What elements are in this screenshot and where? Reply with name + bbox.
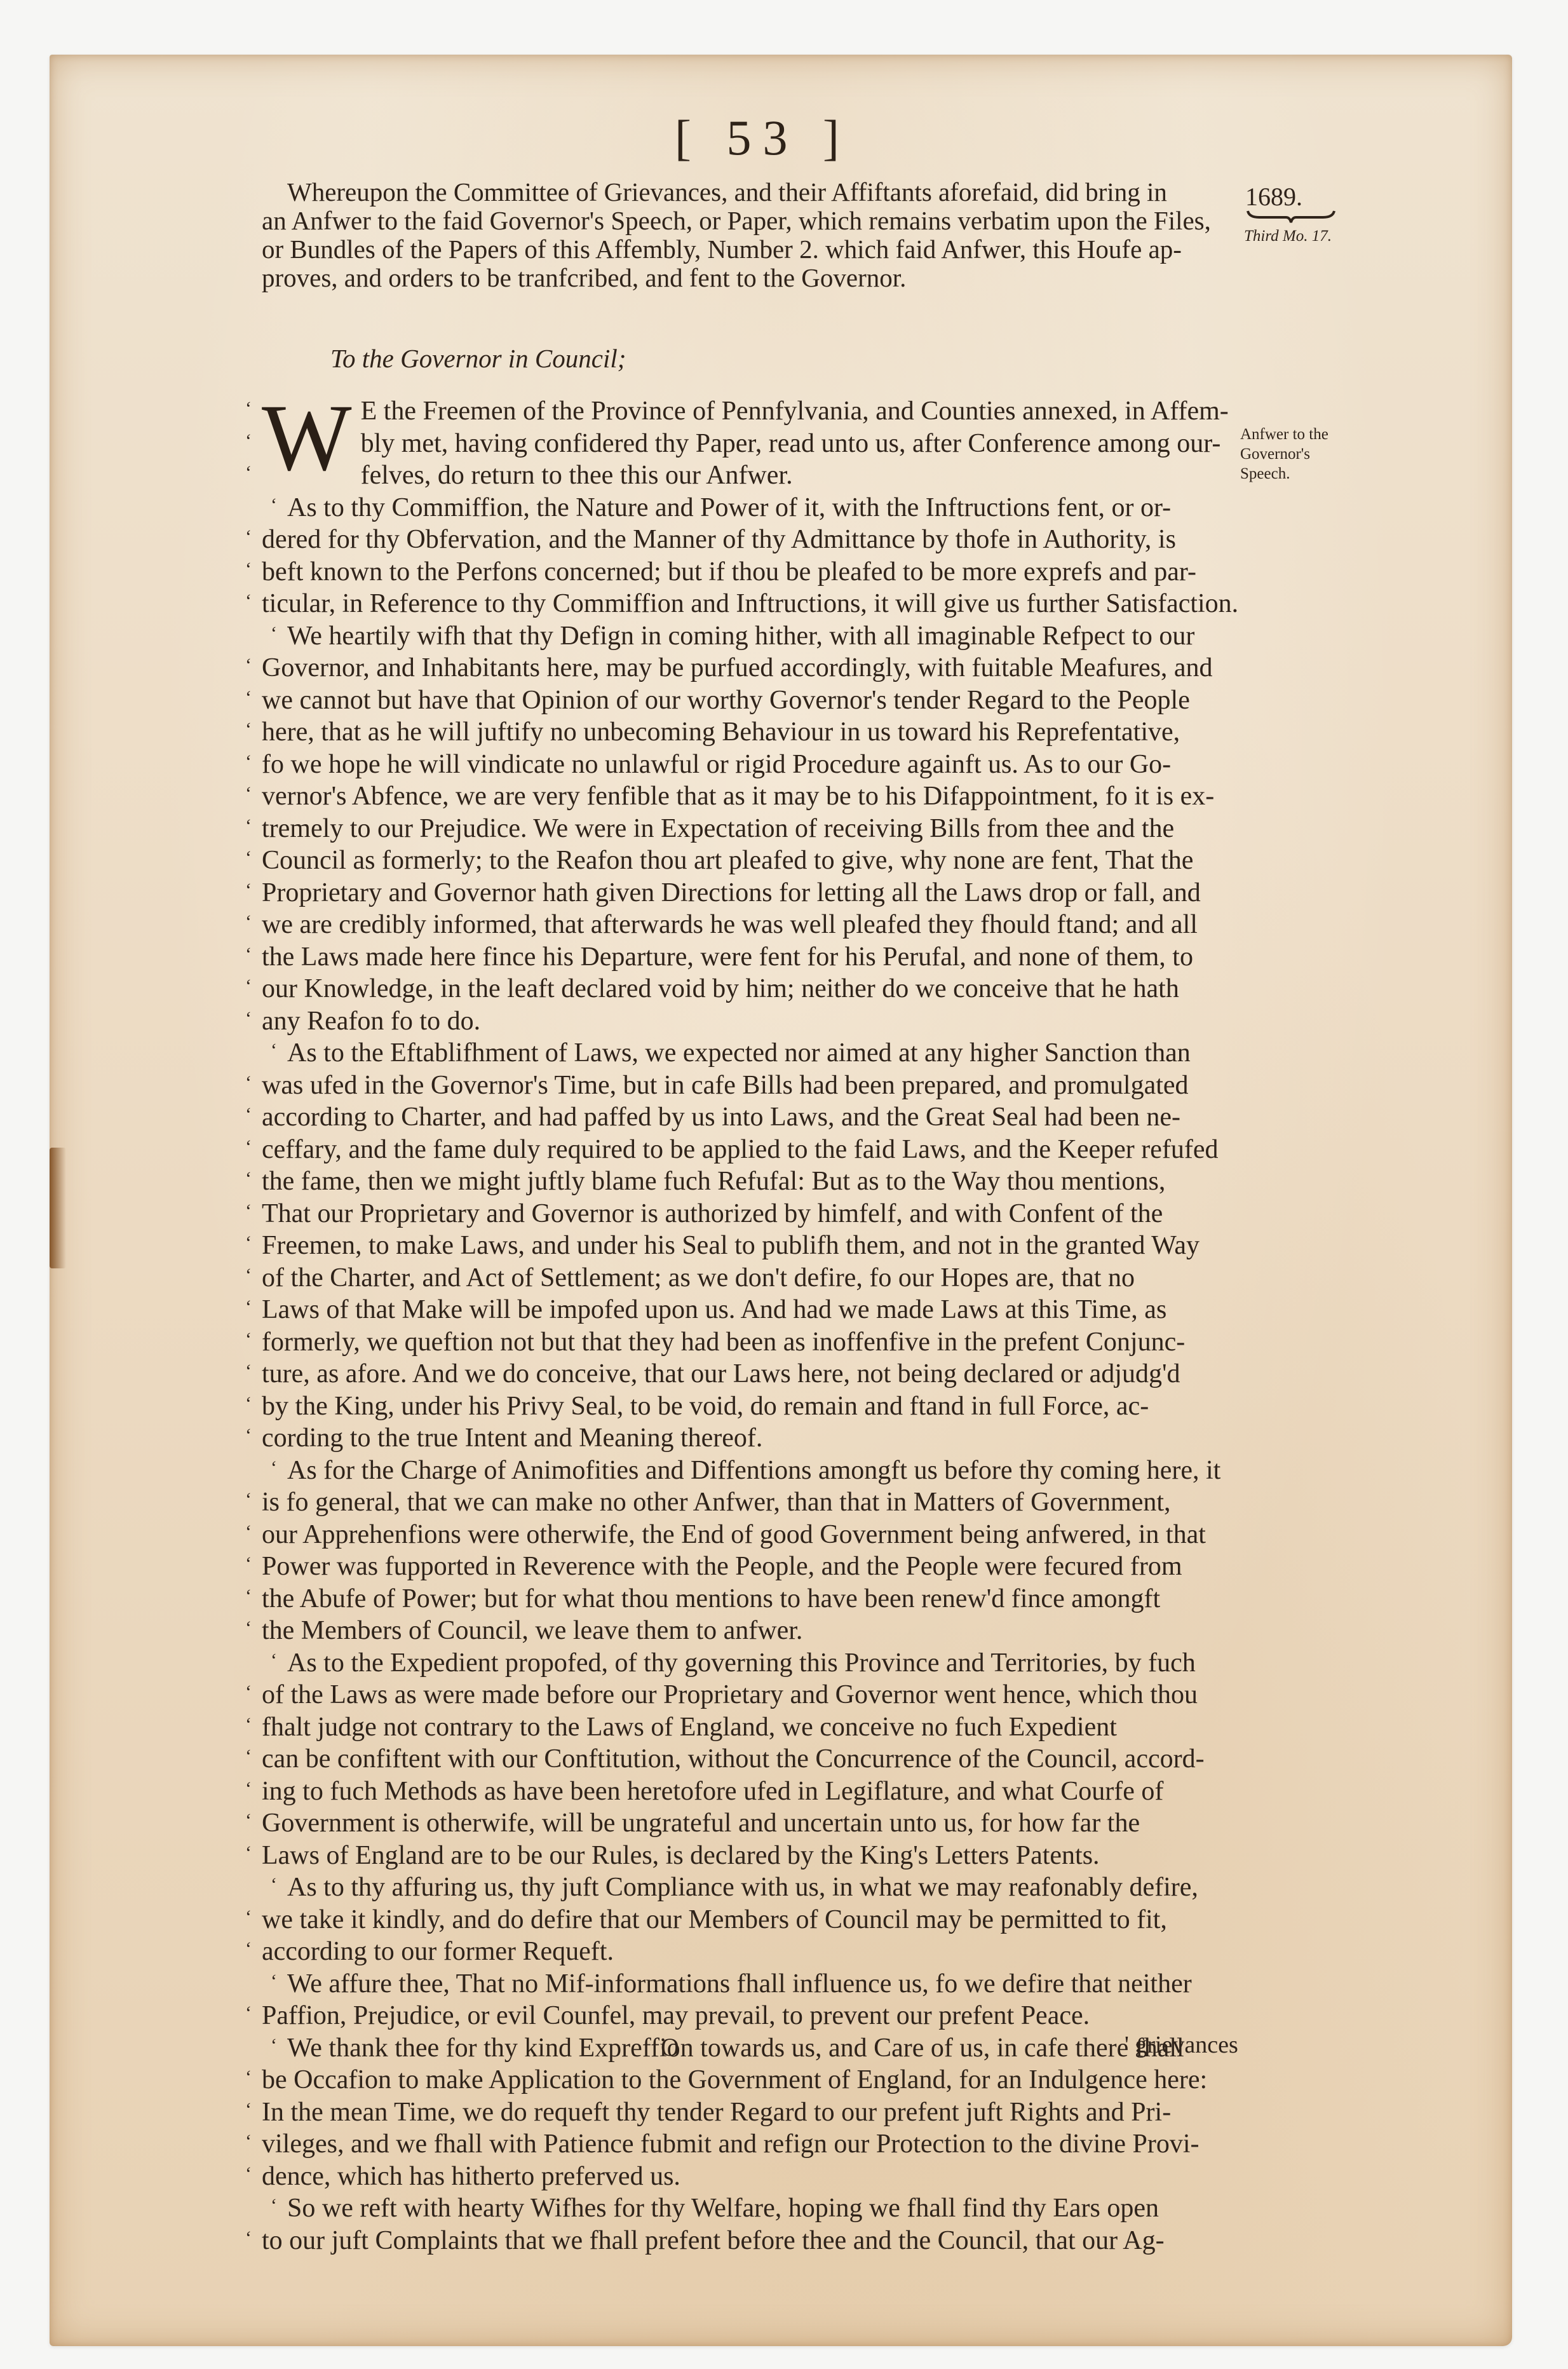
answer-line-text: We affure thee, That no Mif-informations… — [287, 1969, 1192, 1999]
answer-line-text: That our Proprietary and Governor is aut… — [262, 1199, 1163, 1228]
quote-mark-icon: ‘ — [271, 1645, 277, 1677]
answer-line: ‘Paffion, Prejudice, or evil Counfel, ma… — [262, 2000, 1240, 2032]
answer-line: ‘the Laws made here fince his Departure,… — [262, 941, 1240, 974]
answer-line-text: Proprietary and Governor hath given Dire… — [262, 878, 1201, 907]
answer-line-text: by the King, under his Privy Seal, to be… — [262, 1392, 1149, 1421]
quote-mark-icon: ‘ — [271, 2190, 277, 2222]
quote-mark-icon: ‘ — [245, 714, 252, 746]
catchword: ' grievances — [1125, 2031, 1238, 2059]
quote-mark-icon: ‘ — [245, 1516, 252, 1549]
answer-line-text: Government is otherwife, will be ungrate… — [262, 1809, 1140, 1838]
answer-line-text: was ufed in the Governor's Time, but in … — [262, 1071, 1189, 1100]
margin-note-line: Governor's — [1240, 444, 1367, 464]
answer-paragraph: ‘As for the Charge of Animofities and Di… — [262, 1455, 1240, 1647]
quote-mark-icon: ‘ — [245, 778, 252, 810]
quote-mark-icon: ‘ — [245, 1099, 252, 1131]
answer-line: ‘As to the Expedient propofed, of thy go… — [262, 1647, 1240, 1680]
intro-line: or Bundles of the Papers of this Affembl… — [262, 235, 1240, 264]
quote-mark-icon: ‘ — [271, 489, 277, 522]
answer-line-text: As to thy Commiffion, the Nature and Pow… — [287, 493, 1171, 522]
quote-mark-icon: ‘ — [245, 939, 252, 971]
signature-mark: O — [661, 2032, 679, 2062]
quote-mark-icon: ‘ — [245, 553, 252, 586]
answer-line: ‘ture, as afore. And we do conceive, tha… — [262, 1358, 1240, 1390]
answer-line: ‘tremely to our Prejudice. We were in Ex… — [262, 813, 1240, 845]
margin-note: Anfwer to the Governor's Speech. — [1240, 424, 1367, 484]
quote-mark-icon: ‘ — [245, 1612, 252, 1645]
answer-line: ‘We thank thee for thy kind Expreffion t… — [262, 2032, 1240, 2065]
answer-line-text: In the mean Time, we do requeft thy tend… — [262, 2098, 1171, 2127]
quote-mark-icon: ‘ — [245, 1003, 252, 1035]
answer-line-text: our Apprehenfions were otherwife, the En… — [262, 1520, 1206, 1549]
answer-line: ‘our Apprehenfions were otherwife, the E… — [262, 1519, 1240, 1551]
answer-line: ‘Governor, and Inhabitants here, may be … — [262, 652, 1240, 684]
answer-line: ‘fhalt judge not contrary to the Laws of… — [262, 1711, 1240, 1744]
salutation: To the Governor in Council; — [330, 343, 626, 374]
answer-line-text: of the Laws as were made before our Prop… — [262, 1680, 1198, 1709]
answer-line-text: ceffary, and the fame duly required to b… — [262, 1135, 1219, 1164]
quote-mark-icon: ‘ — [245, 1580, 252, 1613]
margin-note-line: Speech. — [1240, 464, 1367, 484]
answer-line-text: is fo general, that we can make no other… — [262, 1488, 1171, 1517]
quote-mark-icon: ‘ — [271, 618, 277, 650]
answer-line: ‘was ufed in the Governor's Time, but in… — [262, 1069, 1240, 1102]
answer-line-text: the Abufe of Power; but for what thou me… — [262, 1584, 1160, 1613]
answer-line-text: E the Freemen of the Province of Pennfyl… — [361, 397, 1229, 426]
quote-mark-icon: ‘ — [245, 1420, 252, 1452]
quote-mark-icon: ‘ — [245, 1997, 252, 2030]
answer-line-text: As for the Charge of Animofities and Dif… — [287, 1456, 1220, 1485]
answer-line-text: here, that as he will juftify no unbecom… — [262, 717, 1180, 747]
answer-line: ‘E the Freemen of the Province of Pennfy… — [262, 395, 1240, 428]
answer-paragraph: ‘As to thy Commiffion, the Nature and Po… — [262, 492, 1240, 620]
quote-mark-icon: ‘ — [245, 1324, 252, 1356]
answer-line-text: our Knowledge, in the leaft declared voi… — [262, 974, 1179, 1003]
quote-mark-icon: ‘ — [245, 1933, 252, 1965]
quote-mark-icon: ‘ — [245, 1195, 252, 1228]
answer-line-text: Laws of that Make will be impofed upon u… — [262, 1295, 1166, 1324]
answer-line: ‘to our juft Complaints that we fhall pr… — [262, 2225, 1240, 2257]
answer-line: ‘the Members of Council, we leave them t… — [262, 1615, 1240, 1647]
answer-line: ‘any Reafon fo to do. — [262, 1005, 1240, 1038]
quote-mark-icon: ‘ — [245, 682, 252, 714]
answer-line: ‘We heartily wifh that thy Defign in com… — [262, 620, 1240, 653]
answer-line: ‘Proprietary and Governor hath given Dir… — [262, 877, 1240, 909]
quote-mark-icon: ‘ — [245, 1901, 252, 1934]
answer-line: ‘ticular, in Reference to thy Commiffion… — [262, 588, 1240, 620]
quote-mark-icon: ‘ — [271, 1965, 277, 1998]
answer-line: ‘vileges, and we fhall with Patience fub… — [262, 2128, 1240, 2161]
answer-paragraph: ‘As to the Expedient propofed, of thy go… — [262, 1647, 1240, 1872]
answer-line: ‘the Abufe of Power; but for what thou m… — [262, 1583, 1240, 1615]
answer-line: ‘Laws of England are to be our Rules, is… — [262, 1840, 1240, 1872]
answer-line-text: Council as formerly; to the Reafon thou … — [262, 846, 1193, 875]
answer-line-text: any Reafon fo to do. — [262, 1007, 480, 1036]
answer-line-text: can be confiftent with our Conftitution,… — [262, 1744, 1205, 1774]
quote-mark-icon: ‘ — [245, 1773, 252, 1805]
answer-line: ‘beft known to the Perfons concerned; bu… — [262, 556, 1240, 588]
answer-paragraph: ‘We affure thee, That no Mif-information… — [262, 1968, 1240, 2032]
answer-line: ‘As to the Eftablifhment of Laws, we exp… — [262, 1037, 1240, 1069]
margin-note-line: Anfwer to the — [1240, 424, 1367, 444]
quote-mark-icon: ‘ — [245, 1548, 252, 1580]
intro-line: proves, and orders to be tranfcribed, an… — [262, 264, 1240, 292]
margin-date: Third Mo. 17. — [1244, 227, 1332, 245]
answer-line-text: fhalt judge not contrary to the Laws of … — [262, 1713, 1117, 1742]
answer-body: W ‘E the Freemen of the Province of Penn… — [262, 395, 1240, 2257]
answer-line: ‘bly met, having confidered thy Paper, r… — [262, 428, 1240, 460]
answer-paragraph: ‘So we reft with hearty Wifhes for thy W… — [262, 2192, 1240, 2257]
answer-line: ‘of the Laws as were made before our Pro… — [262, 1679, 1240, 1711]
answer-line-text: We heartily wifh that thy Defign in comi… — [287, 621, 1194, 651]
answer-line: ‘In the mean Time, we do requeft thy ten… — [262, 2096, 1240, 2129]
quote-mark-icon: ‘ — [245, 970, 252, 1003]
quote-mark-icon: ‘ — [245, 1837, 252, 1870]
answer-line: ‘according to our former Requeft. — [262, 1936, 1240, 1968]
answer-line-text: we cannot but have that Opinion of our w… — [262, 686, 1190, 715]
answer-line-text: we take it kindly, and do defire that ou… — [262, 1905, 1167, 1934]
quote-mark-icon: ‘ — [245, 2061, 252, 2094]
quote-mark-icon: ‘ — [245, 874, 252, 907]
quote-mark-icon: ‘ — [245, 1709, 252, 1741]
quote-mark-icon: ‘ — [245, 585, 252, 618]
answer-line: ‘As to thy Commiffion, the Nature and Po… — [262, 492, 1240, 524]
answer-line-text: the fame, then we might juftly blame fuc… — [262, 1167, 1165, 1196]
answer-line-text: As to thy affuring us, thy juft Complian… — [287, 1873, 1198, 1902]
answer-line-text: beft known to the Perfons concerned; but… — [262, 557, 1196, 587]
answer-line: ‘here, that as he will juftify no unbeco… — [262, 716, 1240, 749]
answer-line-text: cording to the true Intent and Meaning t… — [262, 1423, 762, 1453]
quote-mark-icon: ‘ — [245, 906, 252, 939]
answer-line: ‘is fo general, that we can make no othe… — [262, 1486, 1240, 1519]
quote-mark-icon: ‘ — [245, 1741, 252, 1773]
quote-mark-icon: ‘ — [271, 2030, 277, 2062]
answer-line: ‘vernor's Abfence, we are very fenfible … — [262, 780, 1240, 813]
answer-line: ‘dered for thy Obfervation, and the Mann… — [262, 524, 1240, 556]
answer-line: ‘cording to the true Intent and Meaning … — [262, 1422, 1240, 1455]
answer-line-text: formerly, we queftion not but that they … — [262, 1327, 1185, 1357]
quote-mark-icon: ‘ — [245, 1227, 252, 1259]
answer-line-text: bly met, having confidered thy Paper, re… — [361, 429, 1221, 458]
answer-paragraph: ‘E the Freemen of the Province of Pennfy… — [262, 395, 1240, 492]
quote-mark-icon: ‘ — [271, 1035, 277, 1067]
answer-line-text: fo we hope he will vindicate no unlawful… — [262, 750, 1171, 779]
answer-line: ‘Power was fupported in Reverence with t… — [262, 1551, 1240, 1583]
quote-mark-icon: ‘ — [245, 1259, 252, 1292]
answer-line-text: tremely to our Prejudice. We were in Exp… — [262, 814, 1174, 843]
quote-mark-icon: ‘ — [245, 1484, 252, 1516]
answer-line-text: Laws of England are to be our Rules, is … — [262, 1841, 1100, 1870]
quote-mark-icon: ‘ — [245, 842, 252, 874]
answer-line-text: be Occafion to make Application to the G… — [262, 2065, 1207, 2094]
answer-line-text: vileges, and we fhall with Patience fubm… — [262, 2129, 1199, 2159]
answer-line: ‘ing to fuch Methods as have been hereto… — [262, 1775, 1240, 1808]
quote-mark-icon: ‘ — [245, 457, 252, 489]
answer-line: ‘As to thy affuring us, thy juft Complia… — [262, 1871, 1240, 1904]
answer-line: ‘ceffary, and the fame duly required to … — [262, 1134, 1240, 1166]
answer-line: ‘Freemen, to make Laws, and under his Se… — [262, 1230, 1240, 1262]
answer-line: ‘That our Proprietary and Governor is au… — [262, 1198, 1240, 1230]
answer-line-text: We thank thee for thy kind Expreffion to… — [287, 2033, 1184, 2063]
quote-mark-icon: ‘ — [271, 1869, 277, 1901]
quote-mark-icon: ‘ — [245, 1388, 252, 1420]
quote-mark-icon: ‘ — [245, 2126, 252, 2158]
answer-line-text: of the Charter, and Act of Settlement; a… — [262, 1263, 1135, 1293]
answer-line: ‘We affure thee, That no Mif-information… — [262, 1968, 1240, 2000]
answer-paragraph: ‘We heartily wifh that thy Defign in com… — [262, 620, 1240, 1038]
intro-line: an Anfwer to the faid Governor's Speech,… — [262, 207, 1240, 235]
answer-line: ‘according to Charter, and had paffed by… — [262, 1101, 1240, 1134]
answer-line-text: according to Charter, and had paffed by … — [262, 1103, 1180, 1132]
quote-mark-icon: ‘ — [245, 1067, 252, 1099]
answer-line-text: ing to fuch Methods as have been heretof… — [262, 1777, 1163, 1806]
answer-line-text: dence, which has hitherto preferved us. — [262, 2162, 680, 2191]
quote-mark-icon: ‘ — [245, 1805, 252, 1837]
answer-line: ‘we take it kindly, and do defire that o… — [262, 1904, 1240, 1936]
answer-line: ‘formerly, we queftion not but that they… — [262, 1326, 1240, 1359]
quote-mark-icon: ‘ — [245, 393, 252, 425]
answer-line: ‘can be confiftent with our Conftitution… — [262, 1743, 1240, 1775]
answer-line-text: So we reft with hearty Wifhes for thy We… — [287, 2194, 1159, 2223]
answer-line: ‘As for the Charge of Animofities and Di… — [262, 1455, 1240, 1487]
answer-line: ‘our Knowledge, in the leaft declared vo… — [262, 973, 1240, 1005]
answer-line: ‘dence, which has hitherto preferved us. — [262, 2161, 1240, 2193]
quote-mark-icon: ‘ — [245, 1291, 252, 1324]
answer-line: ‘of the Charter, and Act of Settlement; … — [262, 1262, 1240, 1294]
answer-line: ‘we are credibly informed, that afterwar… — [262, 909, 1240, 941]
quote-mark-icon: ‘ — [245, 810, 252, 843]
answer-line-text: according to our former Requeft. — [262, 1937, 614, 1966]
quote-mark-icon: ‘ — [271, 1452, 277, 1484]
quote-mark-icon: ‘ — [245, 2158, 252, 2190]
answer-line: ‘by the King, under his Privy Seal, to b… — [262, 1390, 1240, 1423]
answer-line: ‘Government is otherwife, will be ungrat… — [262, 1807, 1240, 1840]
intro-line: Whereupon the Committee of Grievances, a… — [262, 178, 1240, 207]
answer-line-text: ticular, in Reference to thy Commiffion … — [262, 589, 1238, 618]
quote-mark-icon: ‘ — [245, 1676, 252, 1709]
answer-line: ‘So we reft with hearty Wifhes for thy W… — [262, 2192, 1240, 2225]
quote-mark-icon: ‘ — [245, 1131, 252, 1164]
answer-line-text: the Laws made here fince his Departure, … — [262, 942, 1193, 972]
quote-mark-icon: ‘ — [245, 649, 252, 682]
answer-line: ‘the fame, then we might juftly blame fu… — [262, 1165, 1240, 1198]
answer-line-text: Power was fupported in Reverence with th… — [262, 1552, 1182, 1581]
quote-mark-icon: ‘ — [245, 1163, 252, 1195]
answer-line: ‘Council as formerly; to the Reafon thou… — [262, 845, 1240, 877]
answer-line: ‘be Occafion to make Application to the … — [262, 2064, 1240, 2096]
quote-mark-icon: ‘ — [245, 1355, 252, 1388]
margin-year: 1689. — [1245, 182, 1302, 212]
quote-mark-icon: ‘ — [245, 2222, 252, 2255]
answer-line: ‘we cannot but have that Opinion of our … — [262, 684, 1240, 717]
answer-line-text: we are credibly informed, that afterward… — [262, 910, 1198, 939]
answer-line-text: As to the Eftablifhment of Laws, we expe… — [287, 1038, 1191, 1068]
quote-mark-icon: ‘ — [245, 521, 252, 553]
answer-line-text: dered for thy Obfervation, and the Manne… — [262, 525, 1176, 554]
answer-paragraph: ‘As to thy affuring us, thy juft Complia… — [262, 1871, 1240, 1968]
answer-line-text: As to the Expedient propofed, of thy gov… — [287, 1648, 1196, 1678]
quote-mark-icon: ‘ — [245, 746, 252, 778]
brace-icon — [1247, 210, 1335, 224]
answer-line-text: Freemen, to make Laws, and under his Sea… — [262, 1231, 1200, 1260]
page-number: [ 53 ] — [675, 109, 851, 166]
answer-line-text: felves, do return to thee this our Anfwe… — [361, 461, 793, 490]
quote-mark-icon: ‘ — [245, 425, 252, 458]
answer-paragraph: ‘We thank thee for thy kind Expreffion t… — [262, 2032, 1240, 2193]
answer-line-text: to our juft Complaints that we fhall pre… — [262, 2226, 1165, 2255]
answer-line-text: vernor's Abfence, we are very fenfible t… — [262, 782, 1214, 811]
answer-line: ‘Laws of that Make will be impofed upon … — [262, 1294, 1240, 1326]
answer-line: ‘fo we hope he will vindicate no unlawfu… — [262, 749, 1240, 781]
intro-paragraph: Whereupon the Committee of Grievances, a… — [262, 178, 1240, 292]
answer-line-text: Governor, and Inhabitants here, may be p… — [262, 653, 1213, 682]
answer-line-text: ture, as afore. And we do conceive, that… — [262, 1359, 1180, 1388]
edge-stain — [50, 1148, 66, 1268]
answer-paragraph: ‘As to the Eftablifhment of Laws, we exp… — [262, 1037, 1240, 1455]
answer-line: ‘felves, do return to thee this our Anfw… — [262, 459, 1240, 492]
quote-mark-icon: ‘ — [245, 2094, 252, 2126]
answer-line-text: Paffion, Prejudice, or evil Counfel, may… — [262, 2001, 1090, 2030]
answer-line-text: the Members of Council, we leave them to… — [262, 1616, 802, 1645]
